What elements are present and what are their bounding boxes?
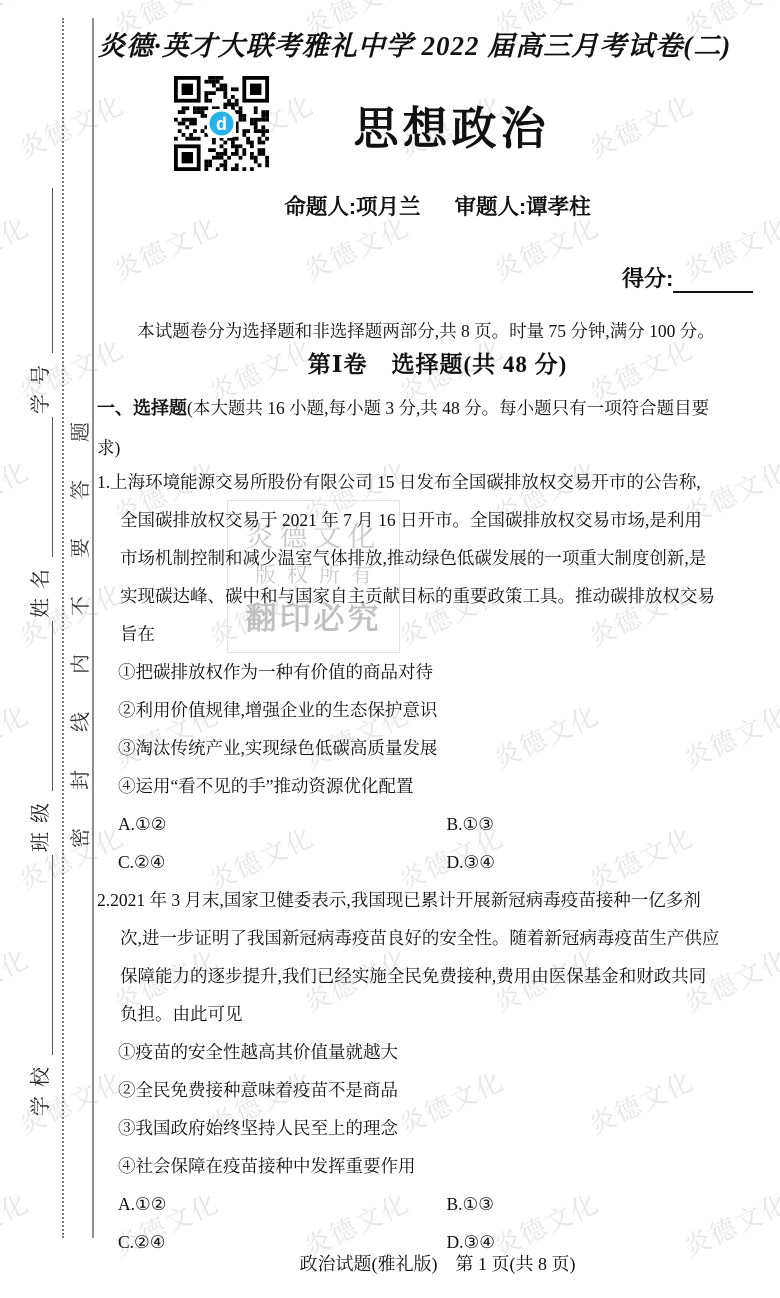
choice-d: D.③④ bbox=[447, 843, 776, 881]
student-info-fields: 学校班级姓名学号 bbox=[24, 116, 58, 1116]
student-id-blank bbox=[28, 188, 53, 353]
section-heading: 第Ⅰ卷 选择题(共 48 分) bbox=[100, 346, 775, 379]
option-statement-1: ①把碳排放权作为一种有价值的商品对待 bbox=[97, 653, 775, 691]
background-watermark-text: 炎德文化 bbox=[0, 1183, 35, 1264]
class-blank bbox=[28, 621, 53, 791]
directions-lead: 一、选择题 bbox=[97, 398, 187, 418]
directions-rest: (本大题共 16 小题,每小题 3 分,共 48 分。每小题只有一项符合题目要 … bbox=[97, 398, 709, 458]
question-2: 2.2021 年 3 月末,国家卫健委表示,我国现已累计开展新冠病毒疫苗接种一亿… bbox=[97, 881, 775, 1261]
choice-row: C.②④ D.③④ bbox=[97, 843, 775, 881]
subject-title: 思想政治 bbox=[100, 92, 775, 157]
choice-b: B.①③ bbox=[447, 805, 776, 843]
option-statement-2: ②全民免费接种意味着疫苗不是商品 bbox=[97, 1071, 775, 1109]
questions-area: 1.上海环境能源交易所股份有限公司 15 日发布全国碳排放权交易开市的公告称, … bbox=[97, 463, 775, 1261]
score-blank bbox=[673, 265, 753, 293]
choice-c: C.②④ bbox=[118, 843, 447, 881]
seal-instruction-text: 密封线内不要答题 bbox=[64, 372, 93, 848]
name-blank bbox=[28, 417, 53, 557]
authors-line: 命题人:项月兰审题人:谭孝柱 bbox=[100, 190, 775, 221]
option-statement-4: ④运用“看不见的手”推动资源优化配置 bbox=[97, 767, 775, 805]
name-label: 姓名 bbox=[30, 560, 52, 618]
question-text: 上海环境能源交易所股份有限公司 15 日发布全国碳排放权交易开市的公告称, 全国… bbox=[110, 472, 715, 644]
school-label: 学校 bbox=[30, 1058, 52, 1116]
choice-row: A.①② B.①③ bbox=[97, 805, 775, 843]
student-id-label: 学号 bbox=[30, 356, 52, 414]
option-statement-4: ④社会保障在疫苗接种中发挥重要作用 bbox=[97, 1147, 775, 1185]
question-1: 1.上海环境能源交易所股份有限公司 15 日发布全国碳排放权交易开市的公告称, … bbox=[97, 463, 775, 881]
exam-header-title: 炎德·英才大联考雅礼中学 2022 届高三月考试卷(二) bbox=[98, 24, 775, 63]
background-watermark-text: 炎德文化 bbox=[0, 0, 35, 44]
choice-a: A.①② bbox=[118, 805, 447, 843]
section-directions: 一、选择题(本大题共 16 小题,每小题 3 分,共 48 分。每小题只有一项符… bbox=[97, 388, 775, 468]
choice-row: A.①② B.①③ bbox=[97, 1185, 775, 1223]
exam-instructions: 本试题卷分为选择题和非选择题两部分,共 8 页。时量 75 分钟,满分 100 … bbox=[97, 316, 772, 346]
exam-page: 炎德文化炎德文化炎德文化炎德文化炎德文化炎德文化炎德文化炎德文化炎德文化炎德文化… bbox=[0, 0, 780, 1298]
option-statement-1: ①疫苗的安全性越高其价值量就越大 bbox=[97, 1033, 775, 1071]
score-field: 得分: bbox=[622, 262, 753, 293]
option-statement-3: ③淘汰传统产业,实现绿色低碳高质量发展 bbox=[97, 729, 775, 767]
option-statement-2: ②利用价值规律,增强企业的生态保护意识 bbox=[97, 691, 775, 729]
setter-label: 命题人:项月兰 bbox=[284, 195, 420, 219]
class-label: 班级 bbox=[30, 794, 52, 852]
question-number: 2. bbox=[97, 890, 110, 910]
score-label: 得分: bbox=[622, 266, 673, 291]
question-stem: 1.上海环境能源交易所股份有限公司 15 日发布全国碳排放权交易开市的公告称, … bbox=[97, 463, 775, 653]
page-footer: 政治试题(雅礼版) 第 1 页(共 8 页) bbox=[100, 1250, 775, 1276]
choice-b: B.①③ bbox=[447, 1185, 776, 1223]
reviewer-label: 审题人:谭孝柱 bbox=[455, 195, 591, 219]
school-blank bbox=[28, 855, 53, 1055]
question-text: 2021 年 3 月末,国家卫健委表示,我国现已累计开展新冠病毒疫苗接种一亿多剂… bbox=[110, 890, 719, 1024]
question-stem: 2.2021 年 3 月末,国家卫健委表示,我国现已累计开展新冠病毒疫苗接种一亿… bbox=[97, 881, 775, 1033]
choice-a: A.①② bbox=[118, 1185, 447, 1223]
option-statement-3: ③我国政府始终坚持人民至上的理念 bbox=[97, 1109, 775, 1147]
question-number: 1. bbox=[97, 472, 110, 492]
